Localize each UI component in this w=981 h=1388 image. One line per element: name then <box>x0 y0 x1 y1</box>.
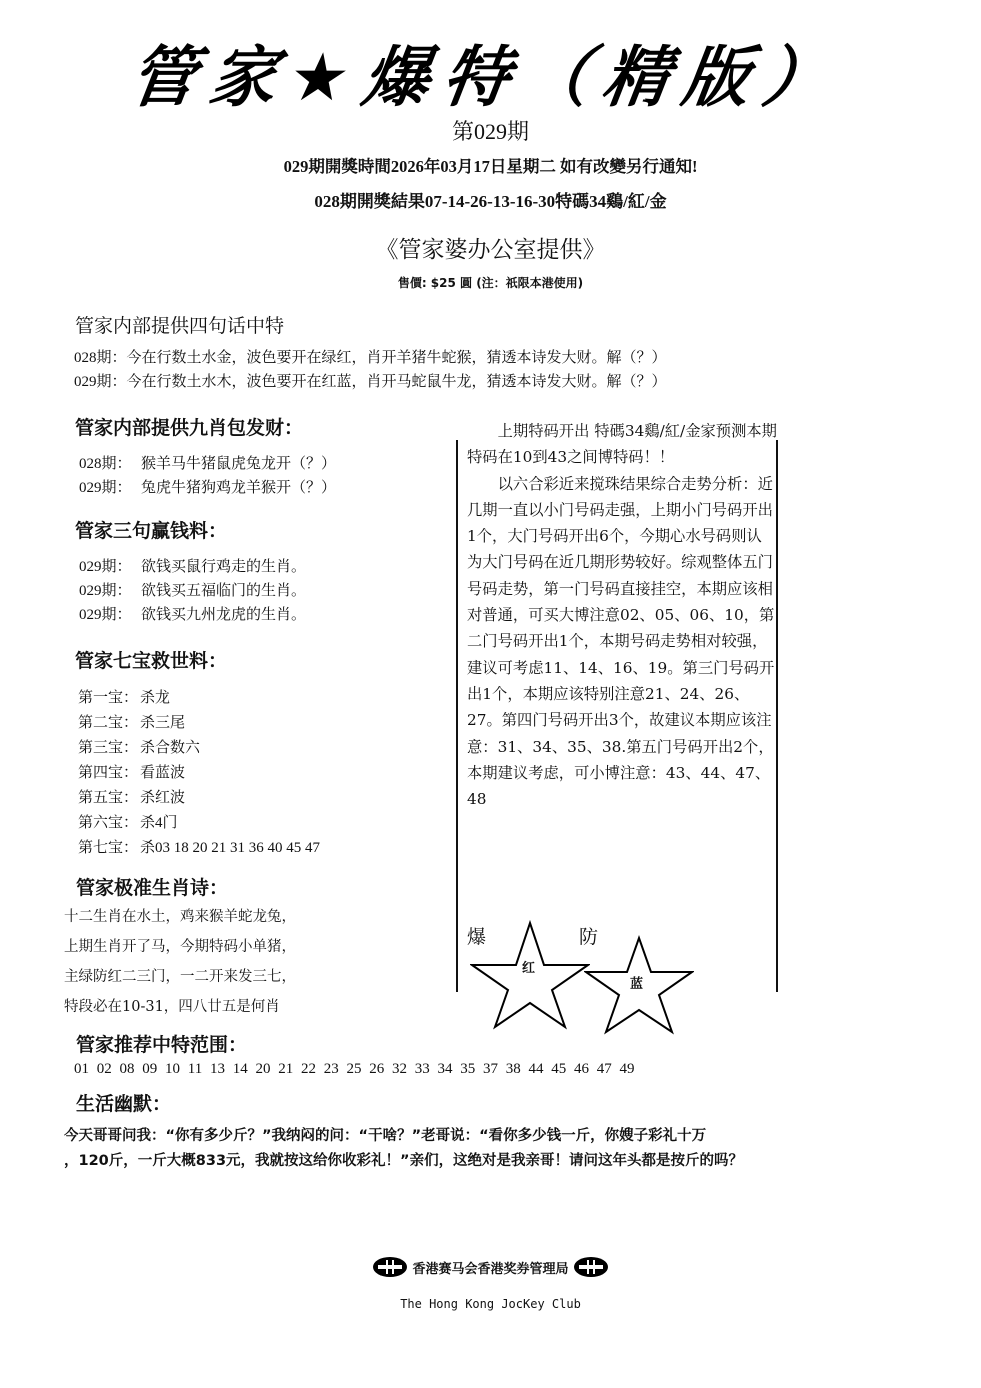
item-text: 今在行数土水金，波色要开在绿红，肖开羊猪牛蛇猴，猜透本诗发大财。解（？） <box>127 350 667 366</box>
humor-heading: 生活幽默： <box>76 1089 171 1116</box>
four-lines-list: 028期：今在行数土水金，波色要开在绿红，肖开羊猪牛蛇猴，猜透本诗发大财。解（？… <box>74 346 667 394</box>
item-text: 欲钱买五福临门的生肖。 <box>141 579 306 603</box>
humor-line: 今天哥哥问我：“你有多少斤？”我纳闷的问：“干啥？”老哥说：“看你多少钱一斤，你… <box>64 1124 964 1149</box>
seven-treasures-list: 第一宝：杀龙 第二宝：杀三尾 第三宝：杀合数六 第四宝：看蓝波 第五宝：杀红波 … <box>78 686 320 861</box>
treasure-text: 杀红波 <box>140 786 185 811</box>
treasure-text: 杀合数六 <box>140 736 200 761</box>
three-lines-item: 029期：欲钱买九州龙虎的生肖。 <box>79 603 306 627</box>
range-numbers: 01 02 08 09 10 11 13 14 20 21 22 23 25 2… <box>74 1061 634 1078</box>
footer-cn-text: 香港赛马会香港奖券管理局 <box>412 1258 568 1277</box>
humor-line: ，120斤，一斤大概833元，我就按这给你收彩礼！”亲们，这绝对是我亲哥！请问这… <box>64 1149 964 1174</box>
seven-treasures-heading: 管家七宝救世料： <box>75 646 227 673</box>
page-title: 管家★爆特（精版） <box>123 28 837 128</box>
star-inner-text: 红 <box>522 957 535 976</box>
item-text: 欲钱买九州龙虎的生肖。 <box>141 603 306 627</box>
treasure-item: 第三宝：杀合数六 <box>78 736 320 761</box>
treasure-text: 杀龙 <box>140 686 170 711</box>
issue-label: 029期： <box>74 374 127 390</box>
treasure-item: 第六宝：杀4门 <box>78 811 320 836</box>
four-lines-heading: 管家内部提供四句话中特 <box>75 311 284 338</box>
treasure-item: 第五宝：杀红波 <box>78 786 320 811</box>
treasure-label: 第七宝： <box>78 836 140 861</box>
issue-label: 029期： <box>79 603 141 627</box>
poem-line: 特段必在10-31，四八廿五是何肖 <box>64 992 296 1022</box>
nine-zodiac-heading: 管家内部提供九肖包发财： <box>75 413 303 440</box>
issue-label: 029期： <box>79 555 141 579</box>
poem-line: 十二生肖在水土，鸡来猴羊蛇龙兔， <box>64 902 296 932</box>
treasure-item: 第一宝：杀龙 <box>78 686 320 711</box>
item-text: 兔虎牛猪狗鸡龙羊猴开（？） <box>141 476 336 500</box>
treasure-label: 第四宝： <box>78 761 140 786</box>
treasure-label: 第一宝： <box>78 686 140 711</box>
nine-zodiac-list: 028期：猴羊马牛猪鼠虎兔龙开（？） 029期：兔虎牛猪狗鸡龙羊猴开（？） <box>79 452 336 500</box>
item-text: 今在行数土水木，波色要开在红蓝，肖开马蛇鼠牛龙，猜透本诗发大财。解（？） <box>127 374 667 390</box>
treasure-item: 第四宝：看蓝波 <box>78 761 320 786</box>
poem-line: 上期生肖开了马，今期特码小单猪， <box>64 932 296 962</box>
analysis-paragraph: 以六合彩近来搅珠结果综合走势分析：近几期一直以小门号码走强，上期小门号码开出1个… <box>467 471 777 813</box>
three-lines-item: 029期：欲钱买五福临门的生肖。 <box>79 579 306 603</box>
treasure-label: 第二宝： <box>78 711 140 736</box>
analysis-paragraph: 上期特码开出 特碼34鷄/紅/金家预测本期特码在10到43之间博特码！！ <box>467 418 777 471</box>
treasure-text: 看蓝波 <box>140 761 185 786</box>
three-lines-list: 029期：欲钱买鼠行鸡走的生肖。 029期：欲钱买五福临门的生肖。 029期：欲… <box>79 555 306 627</box>
four-lines-item: 028期：今在行数土水金，波色要开在绿红，肖开羊猪牛蛇猴，猜透本诗发大财。解（？… <box>74 346 667 370</box>
item-text: 猴羊马牛猪鼠虎兔龙开（？） <box>141 452 336 476</box>
box-left-border <box>456 440 458 992</box>
poem-body: 十二生肖在水土，鸡来猴羊蛇龙兔， 上期生肖开了马，今期特码小单猪， 主绿防红二三… <box>64 902 296 1022</box>
jockey-club-emblem-icon <box>372 1256 408 1278</box>
draw-time: 029期開獎時間2026年03月17日星期二 如有改變另行通知! <box>0 153 981 177</box>
issue-label: 029期： <box>79 476 141 500</box>
treasure-text: 杀03 18 20 21 31 36 40 45 47 <box>140 836 320 861</box>
treasure-item: 第二宝：杀三尾 <box>78 711 320 736</box>
issue-number: 第029期 <box>0 115 981 146</box>
nine-zodiac-item: 028期：猴羊马牛猪鼠虎兔龙开（？） <box>79 452 336 476</box>
issue-label: 029期： <box>79 579 141 603</box>
item-text: 欲钱买鼠行鸡走的生肖。 <box>141 555 306 579</box>
poem-heading: 管家极准生肖诗： <box>76 873 228 900</box>
footer-en: The Hong Kong JocKey Club <box>0 1297 981 1311</box>
price-note: 售價: $25 圓 (注：祇限本港使用) <box>0 274 981 291</box>
star-inner-text: 蓝 <box>630 973 643 992</box>
issue-label: 028期： <box>74 350 127 366</box>
treasure-text: 杀三尾 <box>140 711 185 736</box>
provider: 《管家婆办公室提供》 <box>0 231 981 264</box>
treasure-label: 第六宝： <box>78 811 140 836</box>
treasure-text: 杀4门 <box>140 811 178 836</box>
three-lines-heading: 管家三句赢钱料： <box>75 516 227 543</box>
treasure-label: 第五宝： <box>78 786 140 811</box>
star-picks: 爆 红 防 蓝 <box>462 910 782 1020</box>
last-result: 028期開獎結果07-14-26-13-16-30特碼34鷄/紅/金 <box>0 187 981 212</box>
poem-line: 主绿防红二三门，一二开来发三七， <box>64 962 296 992</box>
nine-zodiac-item: 029期：兔虎牛猪狗鸡龙羊猴开（？） <box>79 476 336 500</box>
analysis-text: 上期特码开出 特碼34鷄/紅/金家预测本期特码在10到43之间博特码！！ 以六合… <box>467 418 777 812</box>
four-lines-item: 029期：今在行数土水木，波色要开在红蓝，肖开马蛇鼠牛龙，猜透本诗发大财。解（？… <box>74 370 667 394</box>
humor-body: 今天哥哥问我：“你有多少斤？”我纳闷的问：“干啥？”老哥说：“看你多少钱一斤，你… <box>64 1124 964 1174</box>
three-lines-item: 029期：欲钱买鼠行鸡走的生肖。 <box>79 555 306 579</box>
footer-cn: 香港赛马会香港奖券管理局 <box>0 1256 981 1278</box>
treasure-label: 第三宝： <box>78 736 140 761</box>
issue-label: 028期： <box>79 452 141 476</box>
jockey-club-emblem-icon <box>573 1256 609 1278</box>
range-heading: 管家推荐中特范围： <box>76 1030 247 1057</box>
treasure-item: 第七宝：杀03 18 20 21 31 36 40 45 47 <box>78 836 320 861</box>
